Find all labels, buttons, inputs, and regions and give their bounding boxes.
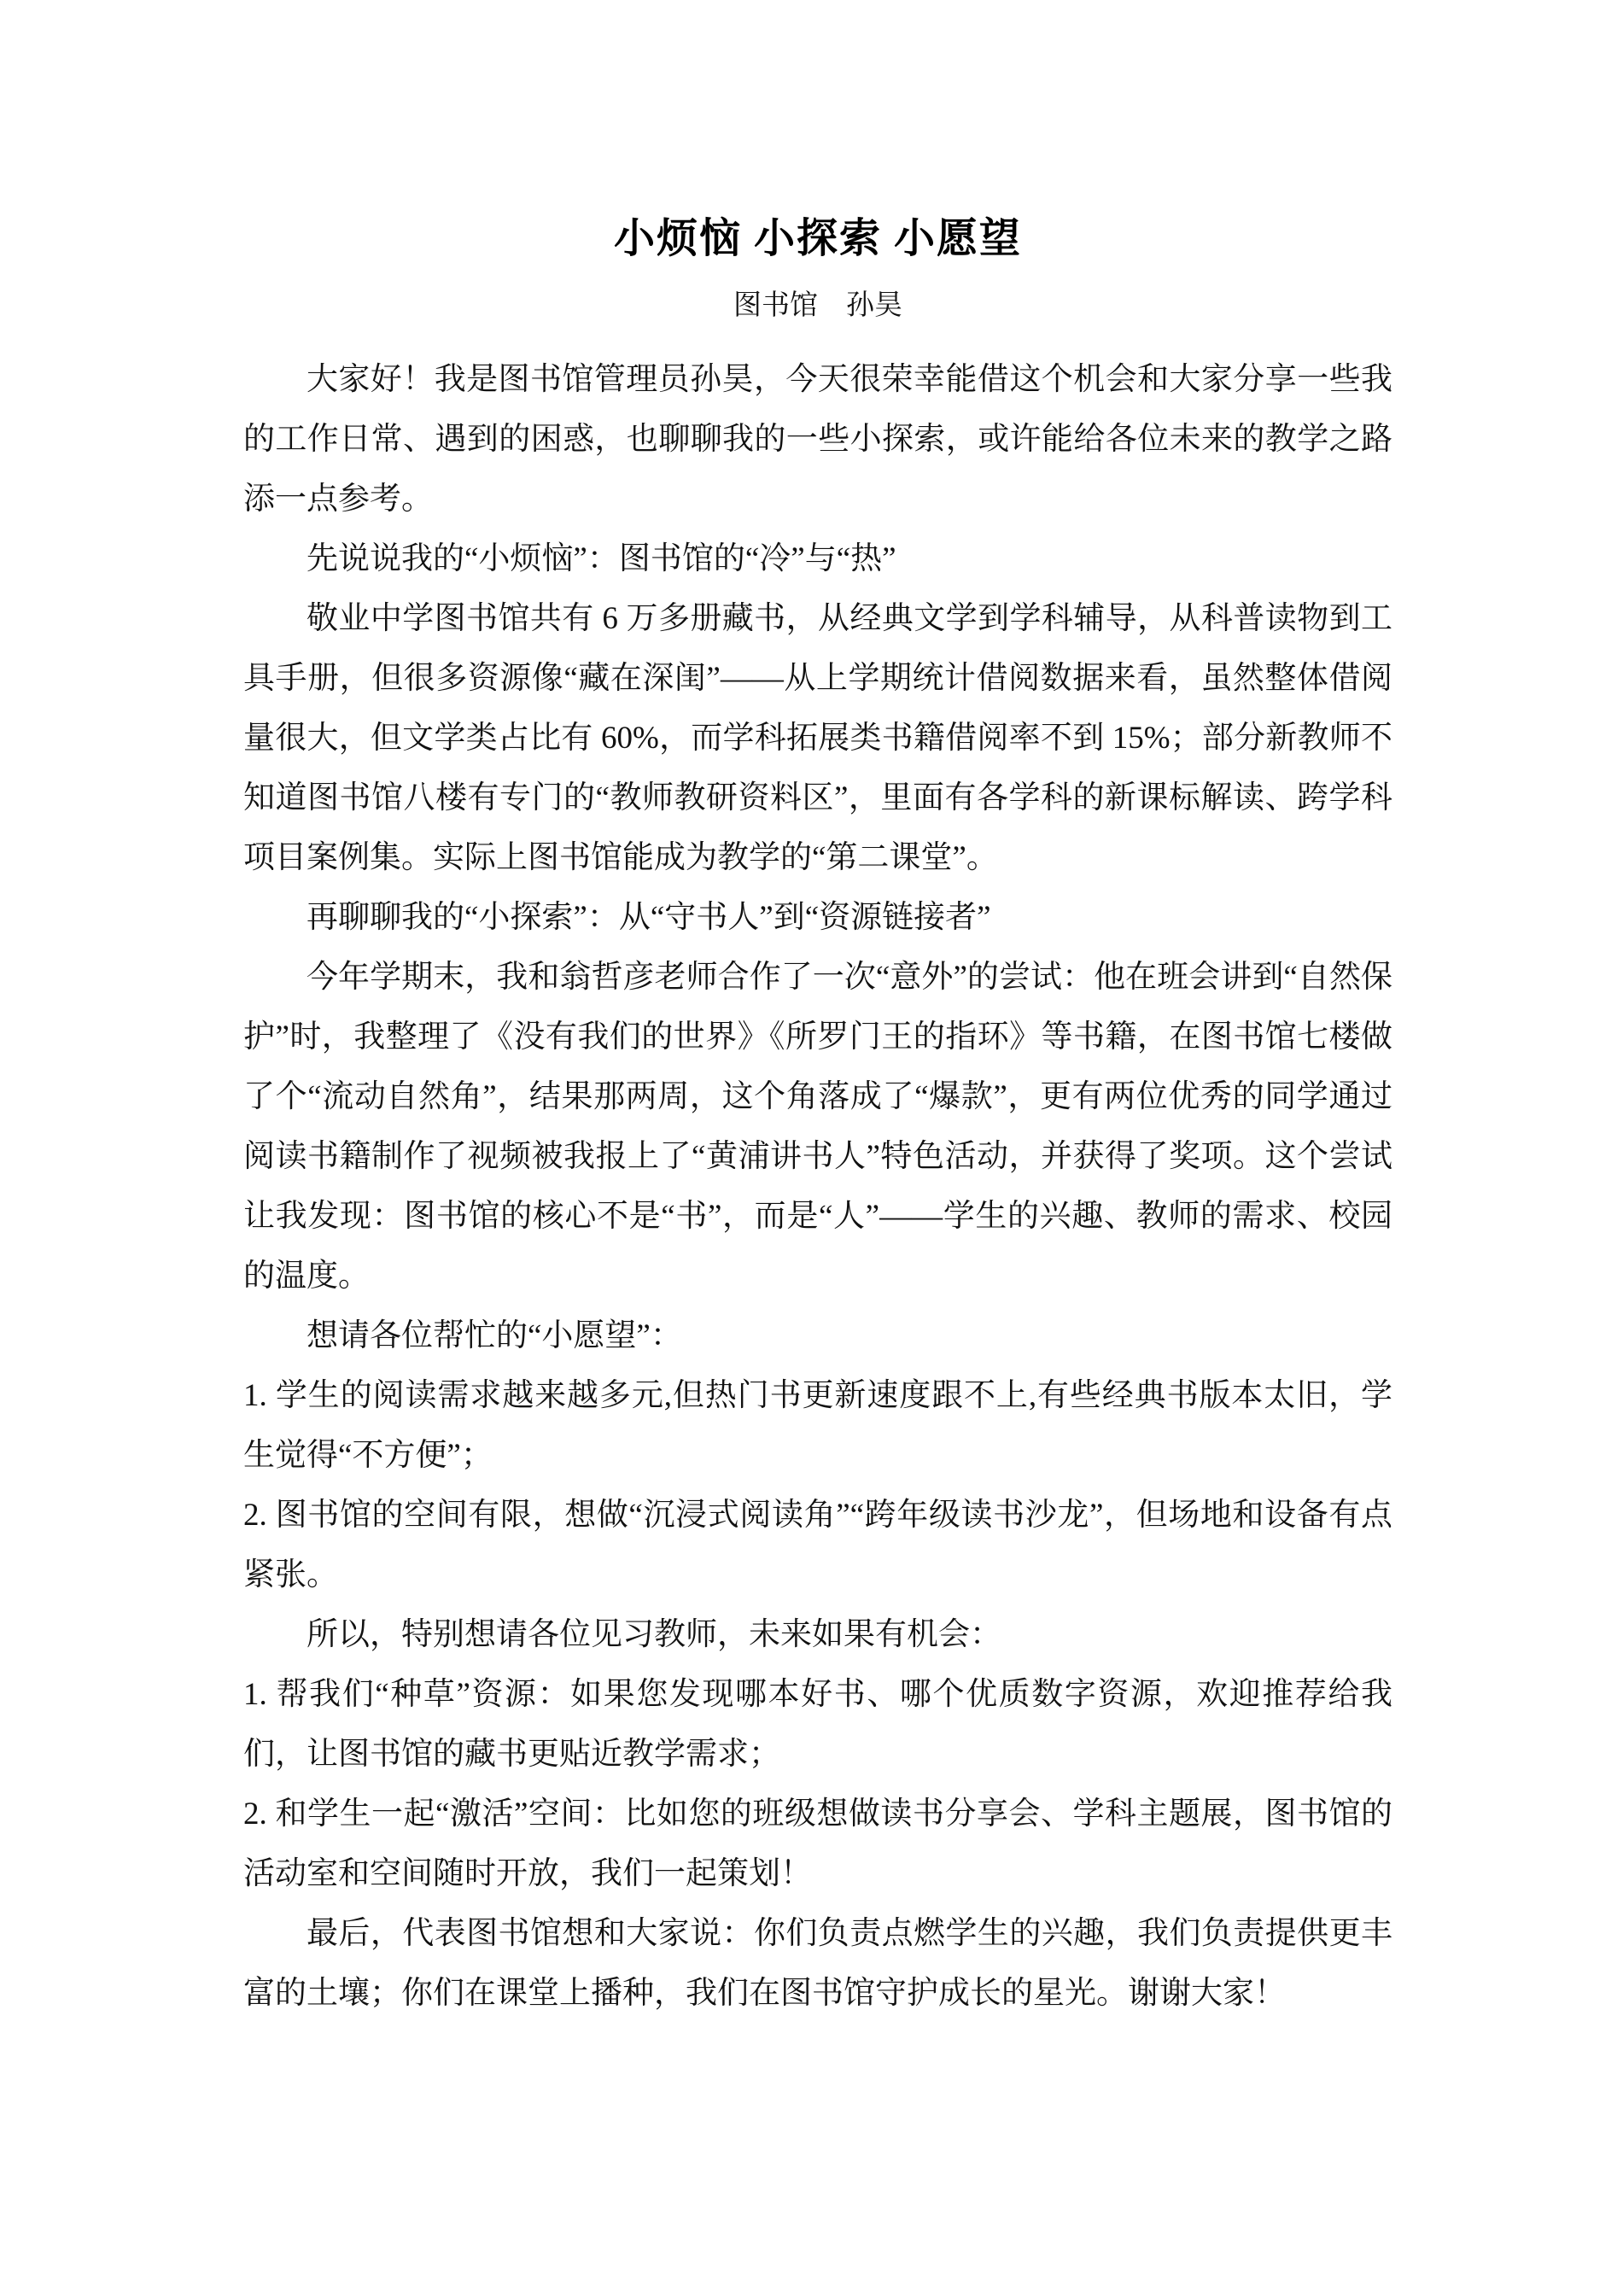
paragraph: 先说说我的“小烦恼”：图书馆的“冷”与“热”: [243, 529, 1392, 589]
paragraph: 最后，代表图书馆想和大家说：你们负责点燃学生的兴趣，我们负责提供更丰富的土壤；你…: [243, 1904, 1392, 2024]
document-title: 小烦恼 小探索 小愿望: [243, 215, 1392, 263]
paragraph: 再聊聊我的“小探索”：从“守书人”到“资源链接者”: [243, 888, 1392, 948]
paragraph: 敬业中学图书馆共有 6 万多册藏书，从经典文学到学科辅导，从科普读物到工具手册，…: [243, 589, 1392, 888]
paragraph: 今年学期末，我和翁哲彦老师合作了一次“意外”的尝试：他在班会讲到“自然保护”时，…: [243, 948, 1392, 1306]
paragraph: 2. 图书馆的空间有限，想做“沉浸式阅读角”“跨年级读书沙龙”，但场地和设备有点…: [243, 1486, 1392, 1605]
paragraph: 想请各位帮忙的“小愿望”：: [243, 1306, 1392, 1366]
paragraph: 2. 和学生一起“激活”空间：比如您的班级想做读书分享会、学科主题展，图书馆的活…: [243, 1785, 1392, 1904]
paragraph: 大家好！我是图书馆管理员孙昊，今天很荣幸能借这个机会和大家分享一些我的工作日常、…: [243, 350, 1392, 529]
document-byline: 图书馆 孙昊: [243, 289, 1392, 323]
paragraph: 1. 学生的阅读需求越来越多元,但热门书更新速度跟不上,有些经典书版本太旧，学生…: [243, 1366, 1392, 1486]
paragraph: 1. 帮我们“种草”资源：如果您发现哪本好书、哪个优质数字资源，欢迎推荐给我们，…: [243, 1665, 1392, 1785]
document-page: 小烦恼 小探索 小愿望 图书馆 孙昊 大家好！我是图书馆管理员孙昊，今天很荣幸能…: [0, 0, 1623, 2296]
document-body: 大家好！我是图书馆管理员孙昊，今天很荣幸能借这个机会和大家分享一些我的工作日常、…: [243, 350, 1392, 2024]
paragraph: 所以，特别想请各位见习教师，未来如果有机会：: [243, 1605, 1392, 1665]
